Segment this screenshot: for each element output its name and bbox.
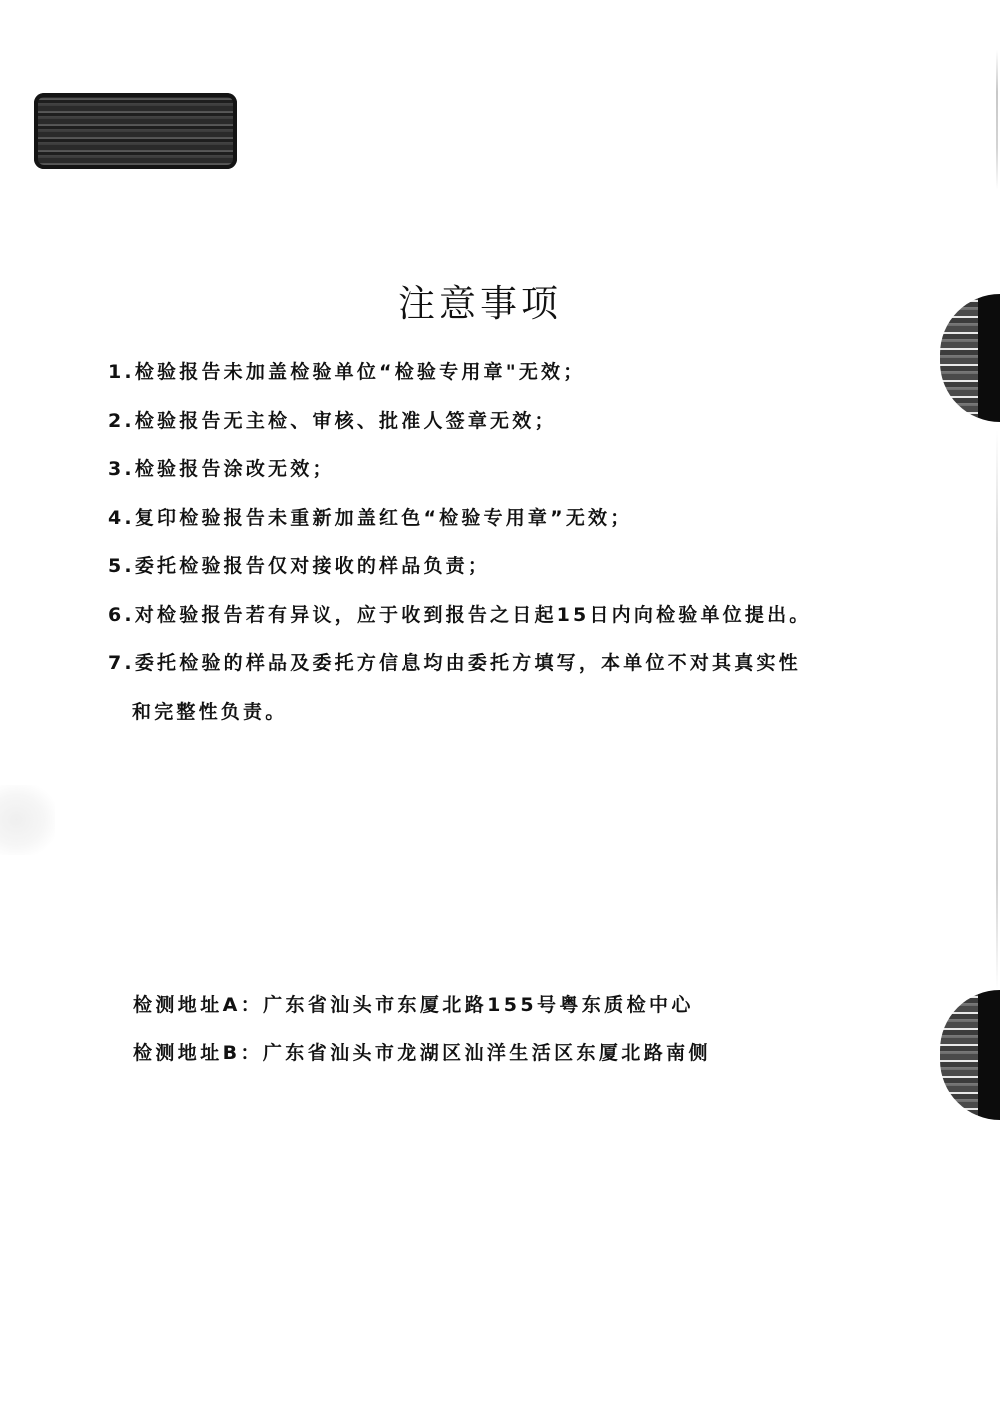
note-text-continuation: 和完整性负责。 [108, 700, 811, 724]
note-item-5: 5.委托检验报告仅对接收的样品负责； [108, 554, 811, 578]
note-text: 2.检验报告无主检、审核、批准人签章无效； [108, 410, 557, 432]
note-text: 5.委托检验报告仅对接收的样品负责； [108, 555, 490, 577]
page-title: 注意事项 [0, 273, 960, 327]
scan-smudge [0, 785, 55, 855]
address-b: 检测地址B：广东省汕头市龙湖区汕洋生活区东厦北路南侧 [133, 1041, 711, 1065]
address-value: 广东省汕头市东厦北路155号粤东质检中心 [263, 994, 694, 1016]
note-item-4: 4.复印检验报告未重新加盖红色“检验专用章”无效； [108, 506, 811, 530]
address-block: 检测地址A：广东省汕头市东厦北路155号粤东质检中心 检测地址B：广东省汕头市龙… [133, 993, 711, 1089]
address-value: 广东省汕头市龙湖区汕洋生活区东厦北路南侧 [263, 1042, 711, 1064]
note-text: 6.对检验报告若有异议，应于收到报告之日起15日内向检验单位提出。 [108, 604, 811, 626]
notes-list: 1.检验报告未加盖检验单位“检验专用章"无效； 2.检验报告无主检、审核、批准人… [108, 360, 811, 700]
note-item-3: 3.检验报告涂改无效； [108, 457, 811, 481]
note-text: 1.检验报告未加盖检验单位“检验专用章"无效； [108, 361, 585, 383]
note-item-6: 6.对检验报告若有异议，应于收到报告之日起15日内向检验单位提出。 [108, 603, 811, 627]
punch-hole-bottom-icon [940, 990, 1000, 1120]
note-item-7: 7.委托检验的样品及委托方信息均由委托方填写，本单位不对其真实性 和完整性负责。 [108, 651, 811, 675]
note-text: 4.复印检验报告未重新加盖红色“检验专用章”无效； [108, 507, 632, 529]
address-label: 检测地址A： [133, 994, 263, 1016]
address-a: 检测地址A：广东省汕头市东厦北路155号粤东质检中心 [133, 993, 711, 1017]
scan-edge-line-lower [996, 430, 998, 990]
note-text: 7.委托检验的样品及委托方信息均由委托方填写，本单位不对其真实性 [108, 652, 801, 674]
note-text: 3.检验报告涂改无效； [108, 458, 335, 480]
redacted-logo-block [34, 93, 237, 169]
note-item-2: 2.检验报告无主检、审核、批准人签章无效； [108, 409, 811, 433]
note-item-1: 1.检验报告未加盖检验单位“检验专用章"无效； [108, 360, 811, 384]
scan-edge-line-upper [996, 50, 998, 190]
address-label: 检测地址B： [133, 1042, 263, 1064]
